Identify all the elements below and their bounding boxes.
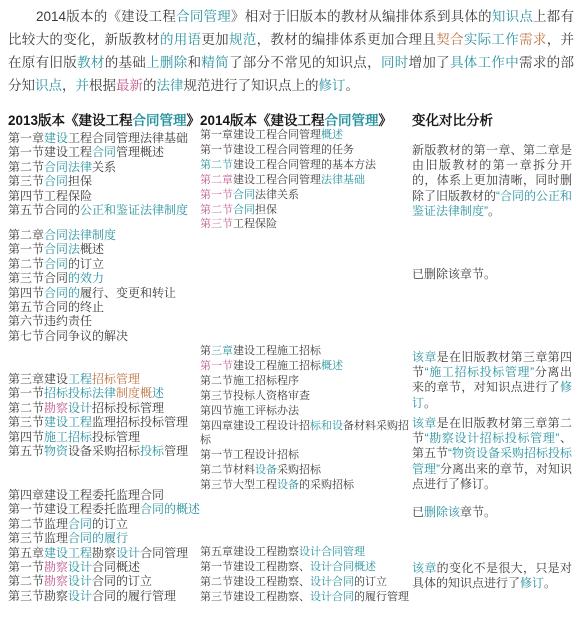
text-segment: 的用语 (160, 32, 201, 47)
toc-line: 第一节勘察设计合同概述 (8, 560, 200, 574)
text-segment: 第二节 (8, 574, 44, 588)
toc-line: 第三节监理合同的履行 (8, 531, 200, 545)
toc-2014-chapter5-group: 第五章建设工程勘察设计合同管理第一节建设工程勘察、设计合同概述第二节建设工程勘察… (200, 545, 413, 605)
text-segment: 。 (346, 78, 360, 93)
toc-line: 第二节监理合同的订立 (8, 517, 200, 531)
text-segment: 的履行管理 (354, 591, 409, 603)
text-segment: 建设工程施工招标 (233, 345, 321, 357)
text-segment: 设计合同 (310, 576, 354, 588)
text-segment: 建设工程合同管理 (233, 174, 321, 186)
toc-line: 第四节工程保险 (8, 189, 200, 203)
toc-line: 第三节投标人资格审查 (200, 389, 413, 404)
toc-line: 第五章建设工程勘察设计合同管理 (8, 546, 200, 560)
text-segment: 合同法律 (44, 160, 92, 174)
text-segment: 第五章 (8, 546, 44, 560)
text-segment: 已删除该章节。 (412, 267, 496, 281)
text-segment: 第三节大型工程 (200, 479, 277, 491)
text-segment: 公正和鉴证法律制度 (80, 203, 188, 217)
text-segment: 概述 (321, 360, 343, 372)
toc-line: 第一节合同法概述 (8, 242, 200, 256)
text-segment: 规范进行了知识点上的 (184, 78, 319, 93)
text-segment: 第三章建设 (8, 372, 68, 386)
intro-paragraph: 2014版本的《建设工程合同管理》相对于旧版本的教材从编排体系到具体的知识点上都… (8, 5, 574, 97)
text-segment: 并 (76, 78, 90, 93)
text-segment: 招标投标法律 (44, 386, 116, 400)
text-segment: 建设 (44, 131, 68, 145)
analysis-block-1: 新版教材的第一章、第二章是由旧版教材的第一章拆分开的，体系上更加清晰，同时删除了… (412, 143, 572, 219)
toc-line: 第二节合同的订立 (8, 257, 200, 271)
text-segment: 规范 (229, 32, 257, 47)
text-segment: 合同管理 (325, 113, 379, 128)
toc-2013-chapter3-group: 第三章建设工程招标管理第一节招标投标法律制度概述第二节勘察设计招标投标管理第三节… (8, 372, 200, 458)
text-segment: 招标管理 (92, 372, 140, 386)
text-segment: 设计合同概述 (310, 561, 376, 573)
toc-line: 第一节建设工程合同管理概述 (8, 145, 200, 159)
text-segment: 修订 (319, 78, 346, 93)
toc-line: 第二节建设工程合同管理的基本方法 (200, 158, 413, 173)
text-segment: 第四章建设工程设计招 (200, 420, 310, 432)
analysis-block-3: 该章是在旧版教材第三章第四节“施工招标投标管理”分离出来的章节，对知识点进行了修… (412, 350, 572, 411)
text-segment: 合同法律制度 (44, 228, 116, 242)
text-segment: 该章 (412, 416, 437, 430)
text-segment: 第二节 (8, 160, 44, 174)
text-segment: 法律基础 (321, 174, 365, 186)
text-segment: 章节。 (460, 505, 496, 519)
text-segment: 》相对于旧版本的教材从编排体系到具体的 (231, 9, 492, 24)
text-segment: 同时 (381, 55, 409, 70)
text-segment: 第二节监理 (8, 517, 68, 531)
text-segment: 合同的概述 (140, 502, 200, 516)
text-segment: 的采购招标 (299, 479, 354, 491)
text-segment: 第一节 (8, 386, 44, 400)
text-segment: ， (62, 78, 76, 93)
toc-line: 第五节合同的终止 (8, 300, 200, 314)
text-segment: 更加 (201, 32, 229, 47)
toc-2014-chapter3-4-group: 第三章建设工程施工招标第一节建设工程施工招标概述第二节施工招标程序第三节投标人资… (200, 344, 413, 493)
text-segment: 监理招标投标管理 (92, 415, 188, 429)
toc-line: 第五节物资设备采购招标投标管理 (8, 444, 200, 458)
text-segment: 述 (152, 386, 164, 400)
toc-line: 第三章建设工程施工招标 (200, 344, 413, 359)
text-segment: 勘察 (44, 560, 68, 574)
text-segment: ，教材的编排体系更加合理且 (257, 32, 437, 47)
toc-line: 第二节合同法律关系 (8, 160, 200, 174)
text-segment: 建设工程合同管理的基本方法 (233, 159, 376, 171)
text-segment: 第三节合同 (8, 271, 68, 285)
toc-line: 第三节合同的效力 (8, 271, 200, 285)
text-segment: 设计 (68, 560, 92, 574)
text-segment: 第二节 (8, 401, 44, 415)
text-segment: 第三节建设工程勘察、 (200, 591, 310, 603)
text-segment: 第一节建设工程勘察、 (200, 561, 310, 573)
toc-line: 第二节勘察设计招标投标管理 (8, 401, 200, 415)
text-segment: 设计合同管理 (299, 546, 365, 558)
toc-line: 第三节勘察设计合同的履行管理 (8, 589, 200, 603)
text-segment: 投标管理 (92, 430, 140, 444)
text-segment: 第一节建设工程委托监理 (8, 502, 140, 516)
text-segment: 2013版本《建设工程 (8, 113, 133, 128)
text-segment: 》 (187, 113, 201, 128)
text-segment: 采购招标 (277, 464, 321, 476)
text-segment: 合同的履行管理 (92, 589, 176, 603)
text-segment: 需求 (519, 32, 547, 47)
text-segment: 的 (143, 78, 157, 93)
text-segment: 履行、变更和转让 (80, 286, 176, 300)
text-segment: 第四节 (8, 430, 44, 444)
text-segment: 第一章 (8, 131, 44, 145)
toc-line: 第二章建设工程合同管理法律基础 (200, 173, 413, 188)
text-segment: 合同 (233, 204, 255, 216)
text-segment: 第四节施工评标办法 (200, 405, 299, 417)
text-segment: 标和设 (310, 420, 343, 432)
text-segment: 。 (488, 204, 500, 218)
text-segment: 第二节 (200, 159, 233, 171)
text-segment: 第四章建设工程委托监理合同 (8, 488, 164, 502)
toc-line: 第一章建设工程合同管理概述 (200, 128, 413, 143)
text-segment: 工程 (68, 372, 92, 386)
text-segment: 精简 (201, 55, 229, 70)
toc-line: 第三节建设工程监理招标投标管理 (8, 415, 200, 429)
column-header-2013: 2013版本《建设工程合同管理》 (8, 109, 200, 129)
text-segment: 三章 (211, 345, 233, 357)
text-segment: 的订立 (92, 517, 128, 531)
text-segment: 设计合同 (310, 591, 354, 603)
text-segment: 第二章 (200, 174, 233, 186)
text-segment: 的订立 (354, 576, 387, 588)
toc-line: 第一节建设工程合同管理的任务 (200, 143, 413, 158)
text-segment: 管理概述 (116, 145, 164, 159)
text-segment: 第五节 (8, 444, 44, 458)
toc-line: 第二节施工招标程序 (200, 374, 413, 389)
text-segment: 概述 (80, 242, 104, 256)
text-segment: 该章 (412, 350, 437, 364)
text-segment: 第二章 (8, 228, 44, 242)
text-segment: 合同的履行 (68, 531, 128, 545)
toc-line: 第四章建设工程设计招标和设备材料采购招标 (200, 419, 413, 449)
text-segment: 根据 (89, 78, 116, 93)
toc-line: 第六节违约责任 (8, 314, 200, 328)
text-segment: 第一节建设工程合同管理的任务 (200, 144, 354, 156)
text-segment: 法律关系 (255, 189, 299, 201)
text-segment: 建设工程 (44, 415, 92, 429)
text-segment: 施工招标 (44, 430, 92, 444)
text-segment: 教材 (77, 55, 105, 70)
text-segment: 建设工程 (44, 546, 92, 560)
text-segment: 担保 (255, 204, 277, 216)
text-segment: 工程合同管理法律基础 (68, 131, 188, 145)
toc-line: 第二节合同担保 (200, 203, 413, 218)
toc-line: 第二章合同法律制度 (8, 228, 200, 242)
toc-line: 第三节建设工程勘察、设计合同的履行管理 (200, 590, 413, 605)
text-segment: 建设工程施工招标 (233, 360, 321, 372)
text-segment: 第七节合同争议的解决 (8, 329, 128, 343)
text-segment: 最新 (116, 78, 143, 93)
toc-line: 第一节建设工程施工招标概述 (200, 359, 413, 374)
text-segment: 担保 (68, 174, 92, 188)
text-segment: 设备 (277, 479, 299, 491)
text-segment: 删除该 (424, 505, 460, 519)
text-segment: 契合 (436, 32, 464, 47)
text-segment: 第四节工程保险 (8, 189, 92, 203)
toc-line: 第一节招标投标法律制度概述 (8, 386, 200, 400)
text-segment: 合同 (233, 189, 255, 201)
toc-line: 第四章建设工程委托监理合同 (8, 488, 200, 502)
text-segment: 已 (412, 505, 424, 519)
text-segment: 管理 (164, 444, 188, 458)
text-segment: 的订立 (68, 257, 104, 271)
text-segment: 第一节 (8, 242, 44, 256)
toc-line: 第四节合同的履行、变更和转让 (8, 286, 200, 300)
text-segment: 设计 (68, 574, 92, 588)
text-segment: 关系 (92, 160, 116, 174)
text-segment: 第三节勘察 (8, 589, 68, 603)
text-segment: 的基础 (105, 55, 146, 70)
text-segment: 合同的订立 (92, 574, 152, 588)
text-segment: 第一节 (200, 360, 233, 372)
toc-line: 第二节建设工程勘察、设计合同的订立 (200, 575, 413, 590)
text-segment: 2014版本的《建设工程 (36, 9, 176, 24)
text-segment: 勘察 (44, 574, 68, 588)
toc-line: 第一节工程设计招标 (200, 448, 413, 463)
text-segment: 第二节 (200, 204, 233, 216)
text-segment: “施工招标投标管理” (425, 365, 535, 379)
text-segment: 知识点 (492, 9, 533, 24)
text-segment: 合同管理 (140, 546, 188, 560)
text-segment: 第三节投标人资格审查 (200, 390, 310, 402)
text-segment: 第五章建设工程勘察 (200, 546, 299, 558)
toc-line: 第一节建设工程勘察、设计合同概述 (200, 560, 413, 575)
toc-2014-chapter1-2-group: 第一章建设工程合同管理概述第一节建设工程合同管理的任务第二节建设工程合同管理的基… (200, 128, 413, 232)
text-segment: 合同 (68, 517, 92, 531)
analysis-block-2: 已删除该章节。 (412, 267, 572, 282)
toc-line: 第三节合同担保 (8, 174, 200, 188)
text-segment: 概述 (321, 129, 343, 141)
text-segment: 第三节监理 (8, 531, 68, 545)
text-segment: 第二节建设工程勘察、 (200, 576, 310, 588)
text-segment: 设计 (116, 546, 140, 560)
text-segment: 第 (200, 345, 211, 357)
text-segment: 第三节 (200, 218, 233, 230)
text-segment: 第三节 (8, 415, 44, 429)
toc-line: 第二节勘察设计合同的订立 (8, 574, 200, 588)
toc-2013-chapter4-5-group: 第四章建设工程委托监理合同第一节建设工程委托监理合同的概述第二节监理合同的订立第… (8, 488, 200, 603)
text-segment: 第一节建设工程 (8, 145, 92, 159)
document-page: 2014版本的《建设工程合同管理》相对于旧版本的教材从编排体系到具体的知识点上都… (0, 0, 580, 623)
text-segment: 合同 (44, 257, 68, 271)
text-segment: 物资 (44, 444, 68, 458)
text-segment: 设计 (68, 589, 92, 603)
text-segment: 法律 (157, 78, 184, 93)
text-segment: 识点 (35, 78, 62, 93)
analysis-block-5: 已删除该章节。 (412, 505, 572, 520)
column-header-analysis: 变化对比分析 (412, 109, 493, 129)
text-segment: 增加了 (409, 55, 450, 70)
text-segment: 了部分不常见的知识点， (229, 55, 381, 70)
text-segment: 设备采购招标 (68, 444, 140, 458)
toc-line: 第四节施工招标投标管理 (8, 430, 200, 444)
toc-line: 第二节材料设备采购招标 (200, 463, 413, 478)
toc-line: 第五章建设工程勘察设计合同管理 (200, 545, 413, 560)
text-segment: 2014版本《建设工程 (200, 113, 325, 128)
text-segment: 设计 (68, 401, 92, 415)
toc-2013-chapter1-group: 第一章建设工程合同管理法律基础第一节建设工程合同管理概述第二节合同法律关系第三节… (8, 131, 200, 217)
text-segment: 的效力 (68, 271, 104, 285)
text-segment: 第二节施工招标程序 (200, 375, 299, 387)
text-segment: 勘察 (92, 546, 116, 560)
toc-line: 第三章建设工程招标管理 (8, 372, 200, 386)
text-segment: 实际工作 (464, 32, 519, 47)
toc-line: 第七节合同争议的解决 (8, 329, 200, 343)
text-segment: 工程保险 (233, 218, 277, 230)
text-segment: 第一节 (200, 189, 233, 201)
text-segment: 。 (424, 396, 436, 410)
toc-2013-chapter2-group: 第二章合同法律制度第一节合同法概述第二节合同的订立第三节合同的效力第四节合同的履… (8, 228, 200, 343)
text-segment: 设备 (255, 464, 277, 476)
text-segment: 招标投标管理 (92, 401, 164, 415)
text-segment: 该章 (412, 561, 437, 575)
text-segment: 上删除 (146, 55, 187, 70)
analysis-block-4: 该章是在旧版教材第三章第二节“勘察设计招标投标管理”、第五节“物资设备采购招标投… (412, 416, 572, 492)
text-segment: 第六节违约责任 (8, 314, 92, 328)
analysis-block-6: 该章的变化不是很大，只是对具体的知识点进行了修订。 (412, 561, 572, 591)
text-segment: 第二节材料 (200, 464, 255, 476)
text-segment: “勘察设计招标投标管理” (425, 431, 560, 445)
text-segment: 第五节合同的终止 (8, 300, 104, 314)
text-segment: 和 (188, 55, 202, 70)
text-segment: 合同管理 (133, 113, 187, 128)
text-segment: 。 (544, 576, 556, 590)
text-segment: 合同管理 (176, 9, 231, 24)
text-segment: 第一节 (8, 560, 44, 574)
text-segment: 第三节 (8, 174, 44, 188)
toc-line: 第三节大型工程设备的采购招标 (200, 478, 413, 493)
text-segment: 制度概 (116, 386, 152, 400)
text-segment: 第二节 (8, 257, 44, 271)
text-segment: 投标 (140, 444, 164, 458)
text-segment: 合同法 (44, 242, 80, 256)
text-segment: 勘察 (44, 401, 68, 415)
column-header-2014: 2014版本《建设工程合同管理》 (200, 109, 392, 129)
text-segment: 具体工作中 (450, 55, 519, 70)
text-segment: 合同 (44, 174, 68, 188)
toc-line: 第四节施工评标办法 (200, 404, 413, 419)
text-segment: 第五节合同的 (8, 203, 80, 217)
text-segment: 》 (379, 113, 393, 128)
text-segment: 第一章建设工程合同管理 (200, 129, 321, 141)
text-segment: 合同 (92, 145, 116, 159)
toc-line: 第三节工程保险 (200, 217, 413, 232)
toc-line: 第五节合同的公正和鉴证法律制度 (8, 203, 200, 217)
toc-line: 第一节合同法律关系 (200, 188, 413, 203)
text-segment: 第一节工程设计招标 (200, 449, 299, 461)
text-segment: 合同概述 (92, 560, 140, 574)
text-segment: 第四节 (8, 286, 44, 300)
toc-line: 第一章建设工程合同管理法律基础 (8, 131, 200, 145)
text-segment: 修订 (520, 576, 544, 590)
toc-line: 第一节建设工程委托监理合同的概述 (8, 502, 200, 516)
text-segment: 合同的 (44, 286, 80, 300)
